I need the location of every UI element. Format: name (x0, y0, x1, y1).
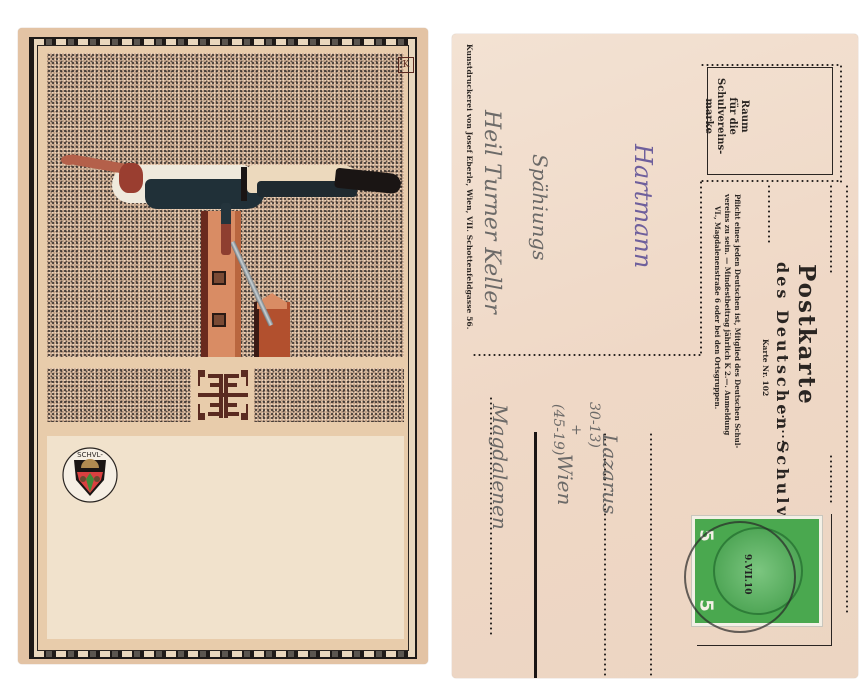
schulverein-seal: SCHVL- (61, 446, 119, 504)
post-square-marking (212, 313, 226, 327)
postmark-date: 9.VII.10 (742, 554, 752, 594)
card-title: Postkarte (793, 264, 820, 406)
dotted-line (700, 64, 840, 66)
postcard-front: K (18, 28, 428, 664)
notice-line: VI., Magdalenenstraße 6 oder bei den Ort… (712, 194, 722, 448)
speckled-band-right (254, 368, 404, 422)
gymnast-head (119, 163, 143, 193)
pencil-note: (45-19) (550, 404, 566, 455)
dotted-line (830, 454, 832, 504)
handwriting-line: Wien (553, 454, 577, 505)
turner-cross-emblem (196, 368, 250, 422)
pencil-note: 30-13) (586, 402, 602, 448)
handwriting-line: Magdalenen (488, 404, 512, 530)
dotted-line (700, 180, 840, 182)
stamp-placeholder-label: Raum für die Schulvereins- marke (702, 78, 750, 154)
speckled-band-left (47, 368, 191, 422)
notice-line: vereins zu sein. — Mindestbeitrag jährli… (722, 194, 732, 448)
postmark-cancel (684, 521, 796, 633)
dotted-line (830, 184, 832, 274)
stamp-label-line: für die (726, 78, 738, 154)
handwriting-line: Hartmann (629, 144, 657, 268)
address-line (650, 432, 652, 676)
dotted-line (768, 184, 770, 244)
svg-text:SCHVL-: SCHVL- (77, 451, 103, 459)
dotted-line (840, 64, 842, 184)
address-divider (472, 354, 702, 356)
postcard-back: Kunstdruckerei von Josef Eberle, Wien, V… (452, 34, 858, 678)
address-line-bold (534, 432, 537, 678)
membership-notice: Pflicht eines jeden Deutschen ist, Mitgl… (712, 194, 742, 448)
gymnast-illustration: K (47, 53, 404, 357)
four-f-cross-icon (196, 368, 250, 422)
dotted-line (700, 180, 702, 355)
artist-monogram: K (398, 57, 414, 73)
card-number: Karte Nr. 102 (761, 339, 770, 396)
gymnast-belt (241, 167, 247, 201)
gymnast-hand (61, 155, 77, 165)
pencil-note: + (568, 424, 584, 436)
stamp-label-line: Schulvereins- (714, 78, 726, 154)
handwriting-line: Heil Turner Keller (479, 110, 504, 314)
stamp-label-line: marke (702, 78, 714, 154)
side-post (254, 302, 290, 357)
notice-line: Pflicht eines jeden Deutschen ist, Mitgl… (732, 194, 742, 448)
printer-imprint: Kunstdruckerei von Josef Eberle, Wien, V… (465, 44, 474, 329)
stamp-label-line: Raum (738, 78, 750, 154)
shield-seal-icon: SCHVL- (61, 446, 119, 504)
gymnast-supporting-arm (221, 203, 231, 255)
post-square-marking (212, 271, 226, 285)
handwriting-line: Spähiungs (528, 154, 552, 261)
dotted-line (846, 184, 848, 614)
